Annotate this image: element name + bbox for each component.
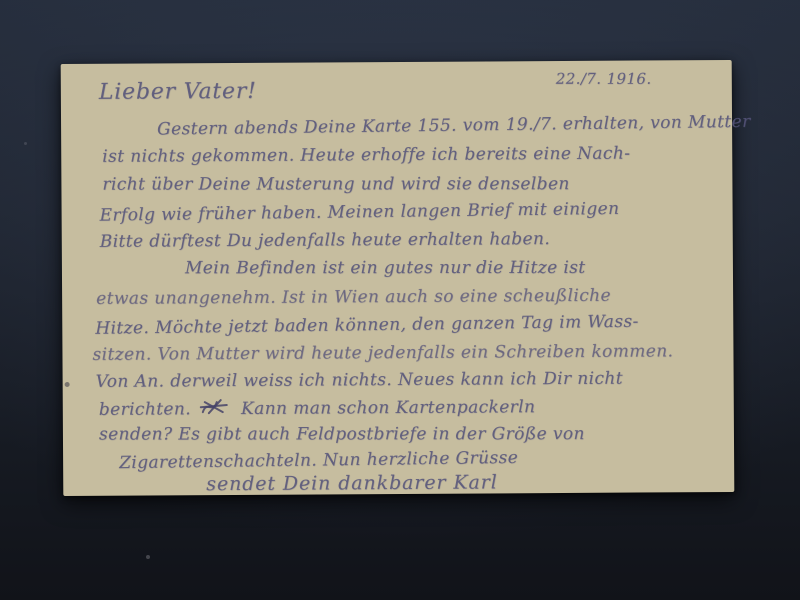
- crossed-out-word: [197, 398, 235, 421]
- handwriting-line-6: Mein Befinden ist ein gutes nur die Hitz…: [185, 258, 586, 278]
- handwriting-line-7: etwas unangenehm. Ist in Wien auch so ei…: [96, 286, 611, 309]
- handwriting-line-11-rest: Kann man schon Kartenpackerln: [241, 397, 535, 419]
- signature-line: sendet Dein dankbarer Karl: [206, 471, 498, 495]
- handwriting-line-9: sitzen. Von Mutter wird heute jedenfalls…: [92, 341, 673, 365]
- handwriting-line-10: Von An. derweil weiss ich nichts. Neues …: [96, 369, 623, 392]
- photo-background: Lieber Vater! 22./7. 1916. Gestern abend…: [0, 0, 800, 600]
- date: 22./7. 1916.: [556, 70, 652, 88]
- handwriting-line-11: berichten.Kann man schon Kartenpackerln: [99, 396, 536, 422]
- handwriting-line-12: senden? Es gibt auch Feldpostbriefe in d…: [99, 424, 585, 444]
- salutation: Lieber Vater!: [99, 79, 257, 105]
- handwriting-line-13: Zigarettenschachteln. Nun herzliche Grüs…: [119, 448, 518, 473]
- handwriting-line-11-text: berichten.: [99, 399, 191, 420]
- handwriting-line-8: Hitze. Möchte jetzt baden können, den ga…: [95, 312, 639, 339]
- dust-speck: [24, 142, 27, 145]
- postcard: Lieber Vater! 22./7. 1916. Gestern abend…: [61, 60, 735, 496]
- ink-speck: [65, 382, 70, 387]
- handwriting-line-3: richt über Deine Musterung und wird sie …: [102, 174, 569, 194]
- dust-speck: [146, 555, 150, 559]
- handwriting-line-1: Gestern abends Deine Karte 155. vom 19./…: [157, 112, 751, 140]
- handwriting-line-4: Erfolg wie früher haben. Meinen langen B…: [99, 199, 619, 226]
- handwriting-line-5: Bitte dürftest Du jedenfalls heute erhal…: [100, 229, 551, 252]
- handwriting-line-2: ist nichts gekommen. Heute erhoffe ich b…: [102, 144, 630, 167]
